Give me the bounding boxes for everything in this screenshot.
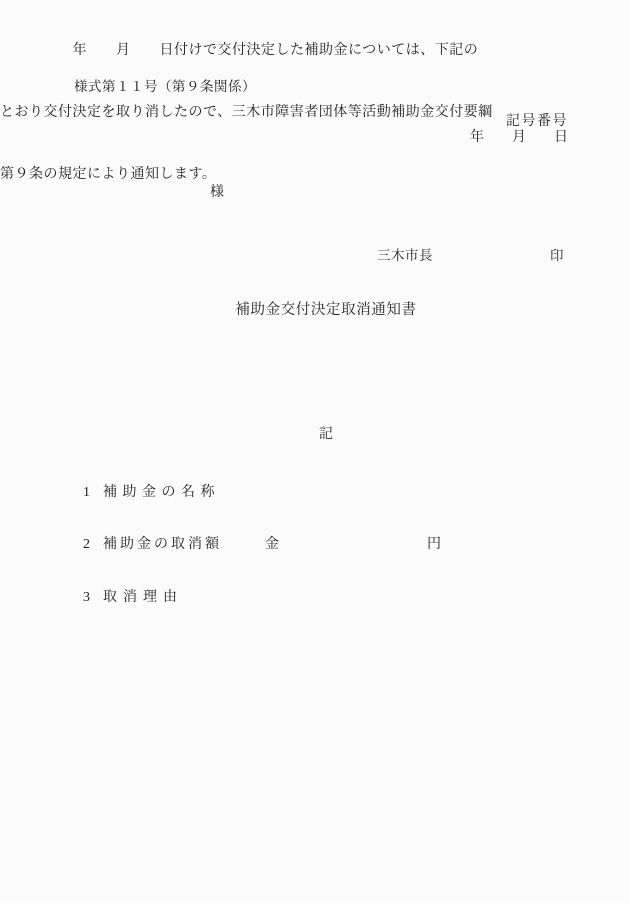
body-line-3: 第９条の規定により通知します。	[0, 165, 505, 186]
addressee-suffix: 様	[210, 186, 224, 200]
form-number: 様式第１１号（第９条関係）	[74, 80, 256, 94]
note-heading: 記	[22, 428, 630, 442]
document-title: 補助金交付決定取消通知書	[22, 303, 630, 318]
item-3-number: 3	[83, 591, 90, 605]
body-line-2: とおり交付決定を取り消したので、三木市障害者団体等活動補助金交付要綱	[0, 103, 505, 124]
doc-number-label: 記号番号	[506, 115, 568, 129]
item-1-number: 1	[83, 486, 90, 500]
document-page: 様式第１１号（第９条関係） 記号番号 年 月 日 様 三木市長 印 補助金交付決…	[0, 0, 630, 903]
item-2-number: 2	[83, 538, 90, 552]
item-2-currency-suffix: 円	[427, 538, 441, 552]
body-paragraph: 年 月 日付けで交付決定した補助金については、下記の とおり交付決定を取り消した…	[0, 0, 505, 227]
sender-name: 三木市長	[377, 249, 433, 263]
item-2-currency-prefix: 金	[265, 538, 279, 552]
item-2-label: 補助金の取消額	[103, 538, 222, 552]
seal-mark: 印	[550, 249, 564, 263]
item-3-label: 取消理由	[103, 591, 183, 605]
date-line: 年 月 日	[470, 131, 568, 145]
body-line-1: 年 月 日付けで交付決定した補助金については、下記の	[0, 41, 505, 62]
item-1-label: 補助金の名称	[103, 486, 220, 500]
